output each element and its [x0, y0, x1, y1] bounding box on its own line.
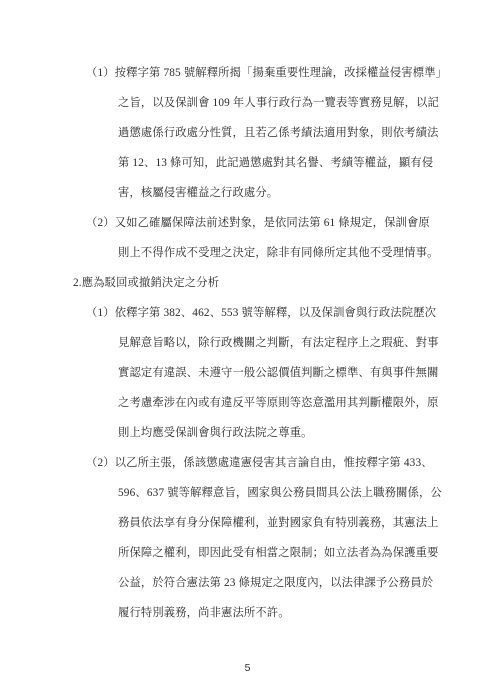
text-line: 則上均應受保訓會與行政法院之尊重。 [118, 426, 313, 441]
text-line: 實認定有違誤、未遵守一般公認價值判斷之標準、有與事件無關 [118, 366, 439, 381]
text-line: （1）按釋字第 785 號解釋所揭「揚棄重要性理論，改採權益侵害標準」 [86, 66, 447, 81]
text-line: （2）又如乙確屬保障法前述對象，是依同法第 61 條規定，保訓會原 [86, 216, 430, 231]
page-number: 5 [0, 662, 495, 674]
text-line: 之旨，以及保訓會 109 年人事行政行為一覽表等實務見解，以記 [118, 96, 439, 111]
text-line: 公益，於符合憲法第 23 條規定之限度內，以法律課予公務員於 [118, 576, 433, 591]
text-line: 見解意旨略以，除行政機關之判斷，有法定程序上之瑕疵、對事 [118, 336, 439, 351]
text-line: 過懲處係行政處分性質，且若乙係考績法適用對象，則依考績法 [118, 126, 439, 141]
text-line: （2）以乙所主張，係該懲處違憲侵害其言論自由，惟按釋字第 433、 [86, 456, 433, 471]
text-line: 之考慮牽涉在內或有違反平等原則等恣意濫用其判斷權限外，原 [118, 396, 439, 411]
document-page: （1）按釋字第 785 號解釋所揭「揚棄重要性理論，改採權益侵害標準」之旨，以及… [0, 0, 495, 700]
text-line: 則上不得作成不受理之決定，除非有同條所定其他不受理情事。 [118, 246, 439, 261]
text-line: 務員依法享有身分保障權利，並對國家負有特別義務，其憲法上 [118, 516, 439, 531]
text-line: 2.應為駁回或撤銷決定之分析 [73, 276, 219, 291]
text-line: 害，核屬侵害權益之行政處分。 [118, 186, 278, 201]
text-line: 履行特別義務，尚非憲法所不許。 [118, 606, 290, 621]
text-line: 所保障之權利，即因此受有相當之限制；如立法者為為保護重要 [118, 546, 439, 561]
text-line: 第 12、13 條可知，此記過懲處對其名譽、考績等權益，顯有侵 [118, 156, 433, 171]
text-line: （1）依釋字第 382、462、553 號等解釋，以及保訓會與行政法院歷次 [86, 306, 436, 321]
document-body: （1）按釋字第 785 號解釋所揭「揚棄重要性理論，改採權益侵害標準」之旨，以及… [0, 0, 495, 700]
text-line: 596、637 號等解釋意旨，國家與公務員間具公法上職務關係，公 [118, 486, 442, 501]
